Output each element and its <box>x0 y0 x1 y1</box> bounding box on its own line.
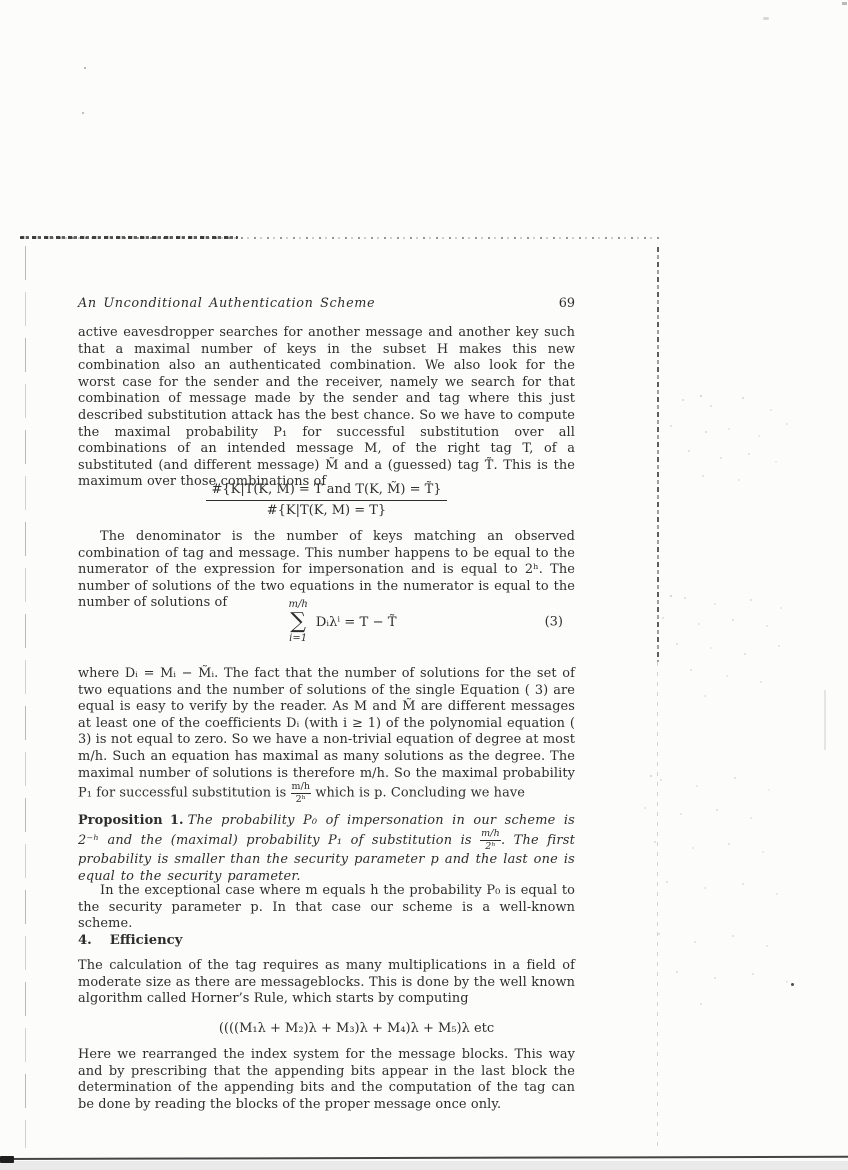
scan-noise-cluster <box>700 395 702 397</box>
inline-fraction-denominator: 2ʰ <box>291 794 312 805</box>
horner-formula: ((((M₁λ + M₂)λ + M₃)λ + M₄)λ + M₅)λ etc <box>108 1021 605 1036</box>
inline-fraction-numerator: m/h <box>480 829 501 841</box>
inline-fraction-numerator: m/h <box>291 782 312 794</box>
summation: m/h ∑ i=1 <box>289 600 308 644</box>
scan-dark-dot <box>791 983 794 986</box>
scan-speck <box>82 112 84 114</box>
paragraph-3-text: where Dᵢ = Mᵢ − M̃ᵢ. The fact that the n… <box>78 666 575 801</box>
sum-lower-limit: i=1 <box>289 634 307 644</box>
scan-corner-blob <box>0 1156 14 1163</box>
scan-noise-cluster <box>650 775 652 777</box>
scan-noise-cluster <box>670 595 672 597</box>
proposition-label: Proposition 1. <box>78 813 184 828</box>
equation-number: (3) <box>545 615 563 630</box>
section-title: Efficiency <box>110 933 183 948</box>
page-right-edge <box>657 247 659 662</box>
paragraph-4: In the exceptional case where m equals h… <box>78 883 575 933</box>
proposition-1: Proposition 1.The probability P₀ of impe… <box>78 812 575 885</box>
paragraph-5: The calculation of the tag requires as m… <box>78 958 575 1008</box>
running-head: An Unconditional Authentication Scheme 6… <box>78 296 575 311</box>
page-right-edge-lower <box>657 662 658 1148</box>
paragraph-1: active eavesdropper searches for another… <box>78 325 575 491</box>
page-top-edge-dark <box>20 236 238 239</box>
paragraph-3: where Dᵢ = Mᵢ − M̃ᵢ. The fact that the n… <box>78 666 575 804</box>
page-number: 69 <box>559 296 575 311</box>
scan-smudge <box>763 17 769 20</box>
running-head-title: An Unconditional Authentication Scheme <box>78 296 375 311</box>
scan-bottom-strip <box>0 1161 848 1170</box>
inline-fraction: m/h2ʰ <box>480 829 501 851</box>
equation-3-inner: m/h ∑ i=1 Dᵢλⁱ = T − T̃ <box>289 600 397 644</box>
paragraph-6: Here we rearranged the index system for … <box>78 1047 575 1113</box>
scanned-paper-page: An Unconditional Authentication Scheme 6… <box>0 0 848 1170</box>
fraction: #{K|T(K, M) = T and T(K, M̃) = T̃} #{K|T… <box>206 482 446 520</box>
fraction-denominator: #{K|T(K, M) = T} <box>206 501 446 519</box>
section-heading: 4.Efficiency <box>78 933 575 948</box>
fraction-numerator: #{K|T(K, M) = T and T(K, M̃) = T̃} <box>206 482 446 501</box>
inline-fraction: m/h2ʰ <box>291 782 312 804</box>
scan-speck <box>84 67 86 69</box>
page-bottom-edge <box>0 1156 848 1160</box>
scan-shade <box>824 690 826 750</box>
equation-key-fraction: #{K|T(K, M) = T and T(K, M̃) = T̃} #{K|T… <box>78 482 575 520</box>
scan-corner-mark <box>842 2 847 5</box>
paragraph-3-text-end: which is p. Concluding we have <box>311 786 525 801</box>
equation-3-body: Dᵢλⁱ = T − T̃ <box>316 615 397 630</box>
sigma-icon: ∑ <box>290 611 306 633</box>
inline-fraction-denominator: 2ʰ <box>480 841 501 852</box>
page-left-edge <box>25 246 26 1148</box>
section-number: 4. <box>78 933 92 948</box>
equation-3: m/h ∑ i=1 Dᵢλⁱ = T − T̃ (3) <box>78 600 575 644</box>
